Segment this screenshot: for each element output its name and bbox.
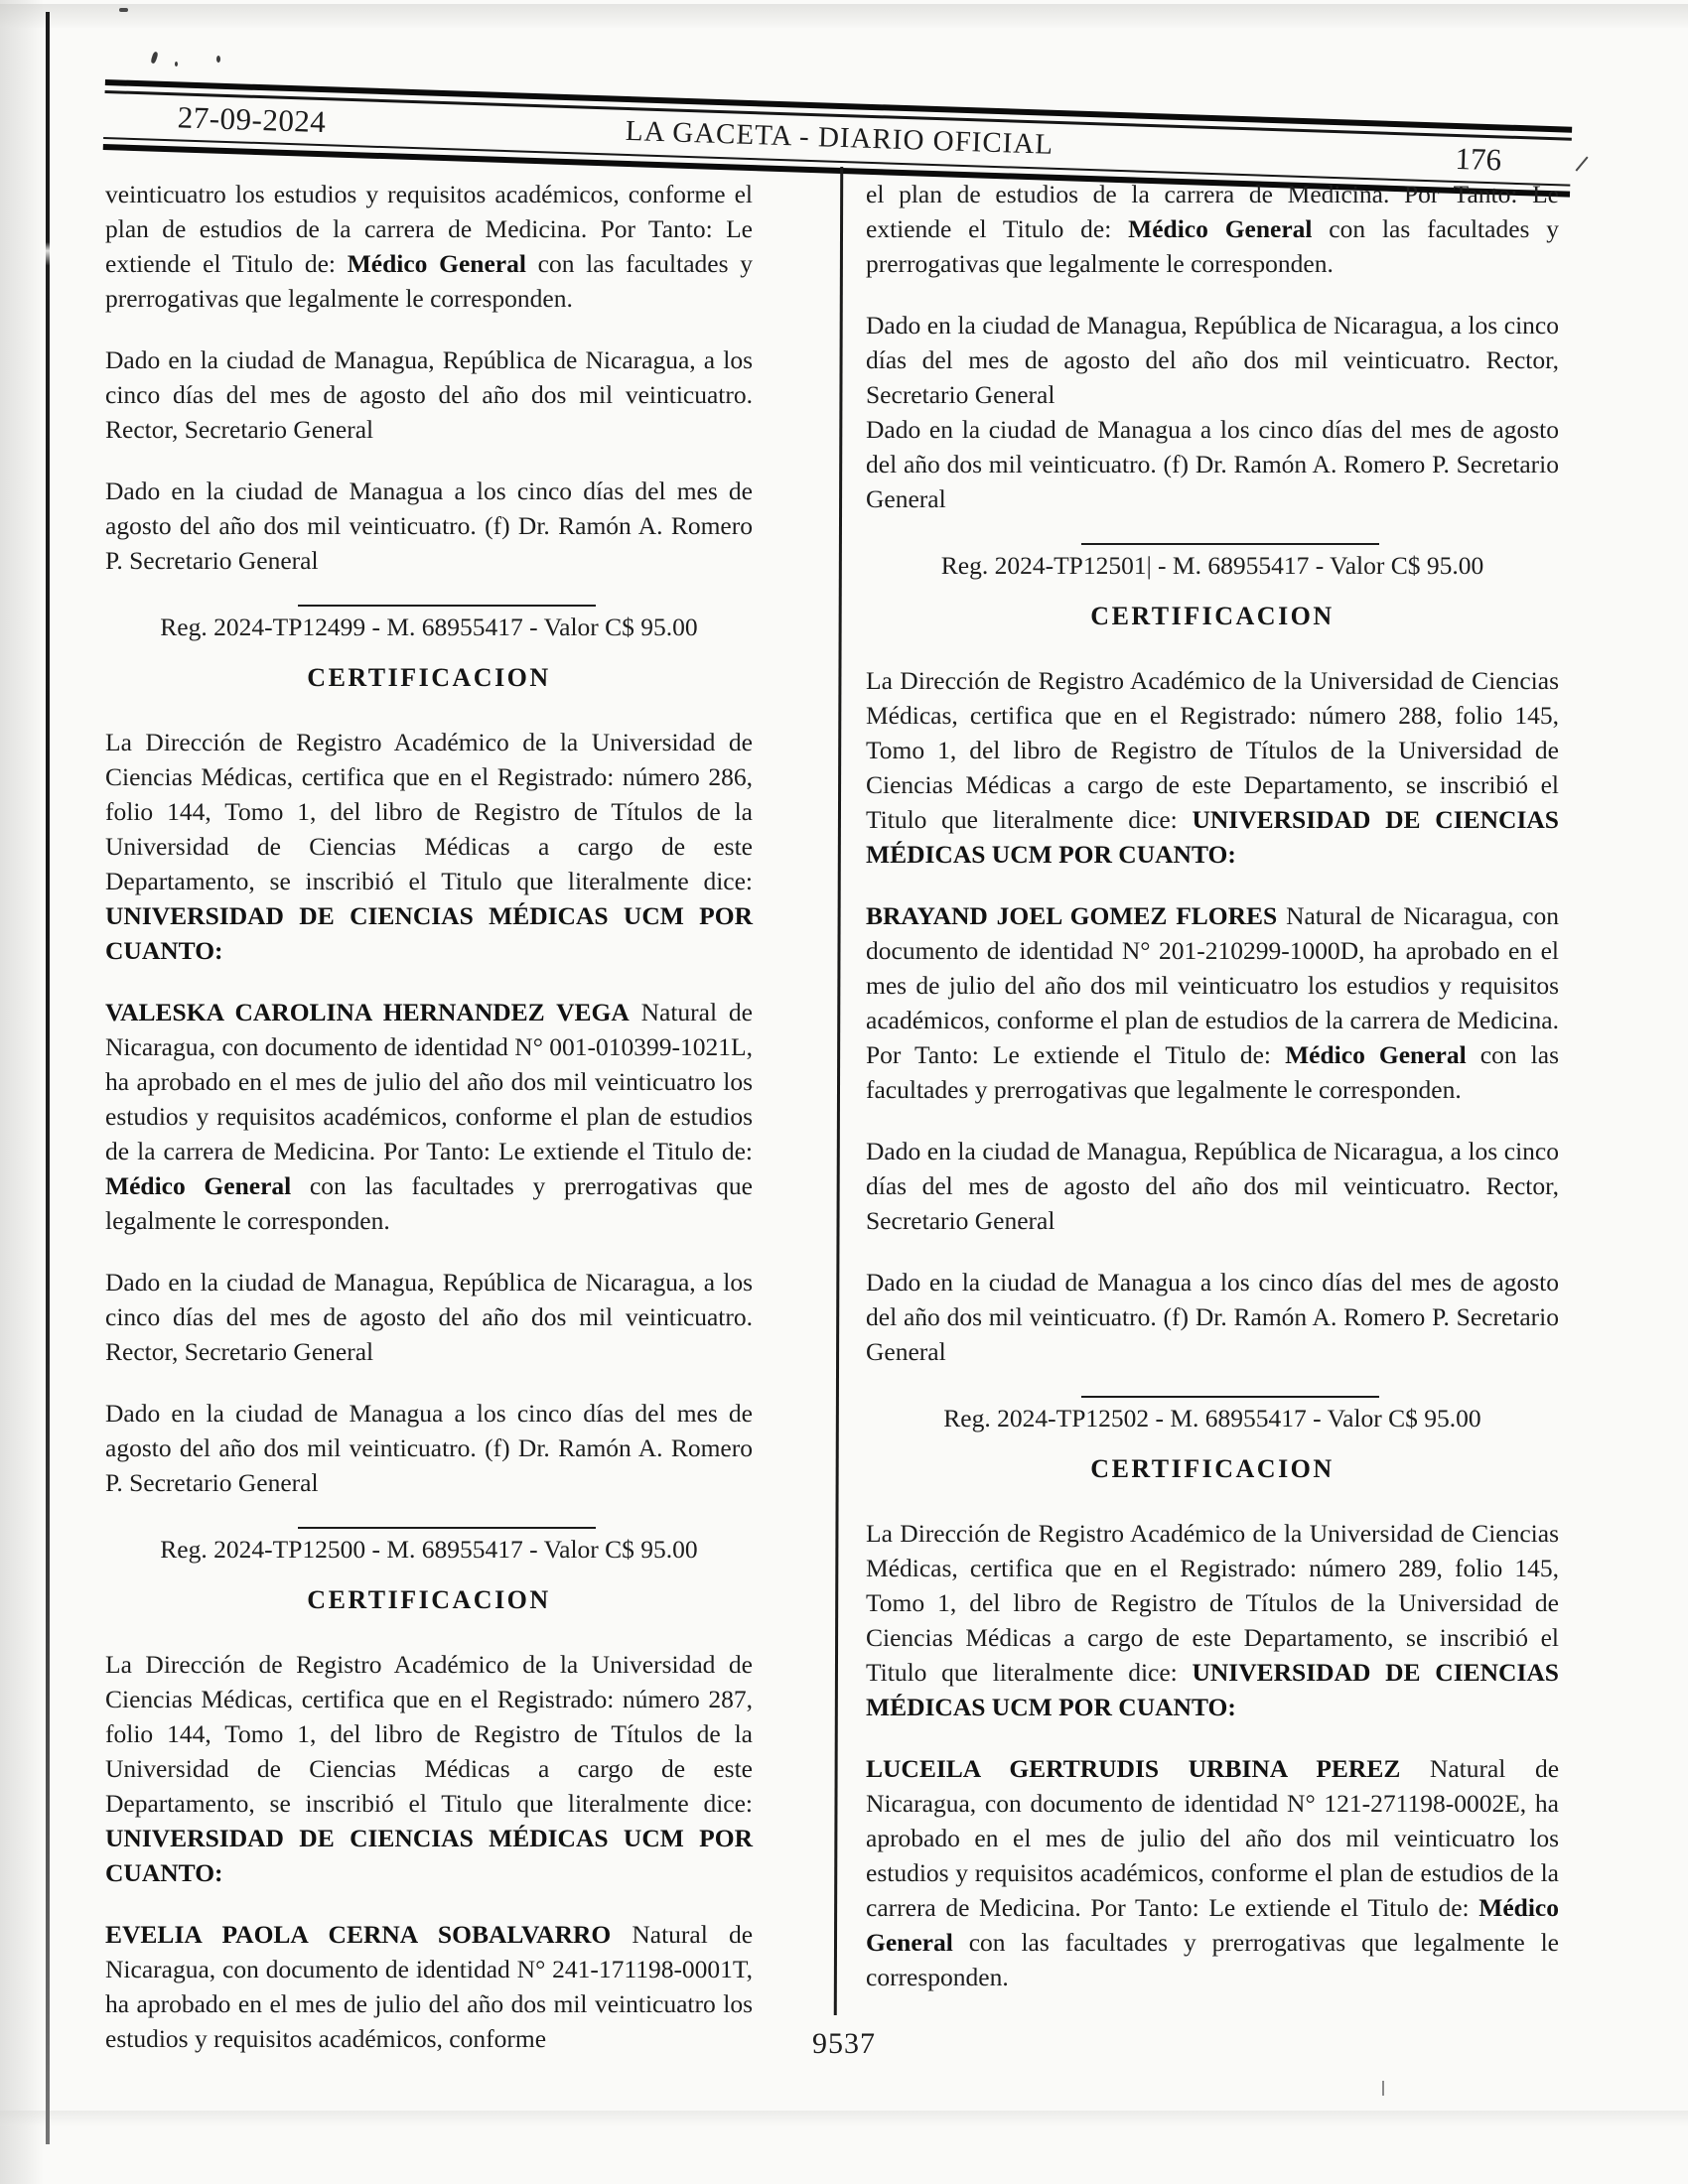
paragraph: LUCEILA GERTRUDIS URBINA PEREZ Natural d… bbox=[866, 1751, 1559, 1994]
registration-line: Reg. 2024-TP12499 - M. 68955417 - Valor … bbox=[105, 610, 753, 644]
paragraph: el plan de estudios de la carrera de Med… bbox=[866, 177, 1559, 281]
scan-noise-bottom bbox=[0, 2111, 1688, 2126]
certification-heading: CERTIFICACION bbox=[105, 660, 753, 695]
paragraph: VALESKA CAROLINA HERNANDEZ VEGA Natural … bbox=[105, 995, 753, 1238]
certification-heading: CERTIFICACION bbox=[105, 1582, 753, 1617]
header-page-number: 176 bbox=[1313, 136, 1512, 178]
scan-speck bbox=[119, 8, 128, 12]
column-divider-rule bbox=[834, 167, 843, 2015]
paragraph: Dado en la ciudad de Managua a los cinco… bbox=[866, 1265, 1559, 1369]
registration-line: Reg. 2024-TP12501| - M. 68955417 - Valor… bbox=[866, 548, 1559, 583]
registration-line-block: Reg. 2024-TP12499 - M. 68955417 - Valor … bbox=[105, 605, 753, 644]
right-column: el plan de estudios de la carrera de Med… bbox=[866, 177, 1559, 2021]
paragraph: La Dirección de Registro Académico de la… bbox=[105, 725, 753, 968]
certification-heading: CERTIFICACION bbox=[866, 599, 1559, 633]
separator-rule bbox=[1081, 1396, 1379, 1398]
paragraph: Dado en la ciudad de Managua a los cinco… bbox=[105, 1396, 753, 1500]
registration-line: Reg. 2024-TP12500 - M. 68955417 - Valor … bbox=[105, 1532, 753, 1567]
registration-line: Reg. 2024-TP12502 - M. 68955417 - Valor … bbox=[866, 1401, 1559, 1435]
registration-line-block: Reg. 2024-TP12500 - M. 68955417 - Valor … bbox=[105, 1527, 753, 1567]
scan-shadow-left-edge bbox=[0, 0, 44, 2184]
scan-noise-top bbox=[0, 4, 1688, 28]
paragraph: BRAYAND JOEL GOMEZ FLORES Natural de Nic… bbox=[866, 898, 1559, 1107]
scan-artifact-vertical-line bbox=[46, 12, 50, 2144]
paragraph: Dado en la ciudad de Managua, República … bbox=[105, 342, 753, 447]
registration-line-block: Reg. 2024-TP12501| - M. 68955417 - Valor… bbox=[866, 543, 1559, 583]
scan-speck bbox=[150, 52, 158, 65]
scan-speck bbox=[216, 56, 220, 63]
paragraph: Dado en la ciudad de Managua, República … bbox=[105, 1265, 753, 1369]
paragraph: Dado en la ciudad de Managua a los cinco… bbox=[866, 412, 1559, 516]
scan-speck bbox=[175, 62, 178, 67]
header-date: 27-09-2024 bbox=[177, 99, 366, 141]
scan-tick-mark bbox=[1575, 156, 1588, 171]
paragraph: La Dirección de Registro Académico de la… bbox=[866, 1516, 1559, 1724]
separator-rule bbox=[298, 605, 596, 607]
certification-heading: CERTIFICACION bbox=[866, 1451, 1559, 1486]
paragraph: veinticuatro los estudios y requisitos a… bbox=[105, 177, 753, 316]
scan-tick-mark bbox=[1382, 2081, 1384, 2096]
separator-rule bbox=[298, 1527, 596, 1529]
paragraph: Dado en la ciudad de Managua, República … bbox=[866, 1134, 1559, 1238]
paragraph: La Dirección de Registro Académico de la… bbox=[105, 1647, 753, 1890]
left-column: veinticuatro los estudios y requisitos a… bbox=[105, 177, 753, 2083]
footer-page-number: 9537 bbox=[0, 2027, 1688, 2061]
paragraph: Dado en la ciudad de Managua, República … bbox=[866, 308, 1559, 412]
paragraph: La Dirección de Registro Académico de la… bbox=[866, 663, 1559, 872]
paragraph: Dado en la ciudad de Managua a los cinco… bbox=[105, 474, 753, 578]
separator-rule bbox=[1081, 543, 1379, 545]
registration-line-block: Reg. 2024-TP12502 - M. 68955417 - Valor … bbox=[866, 1396, 1559, 1435]
